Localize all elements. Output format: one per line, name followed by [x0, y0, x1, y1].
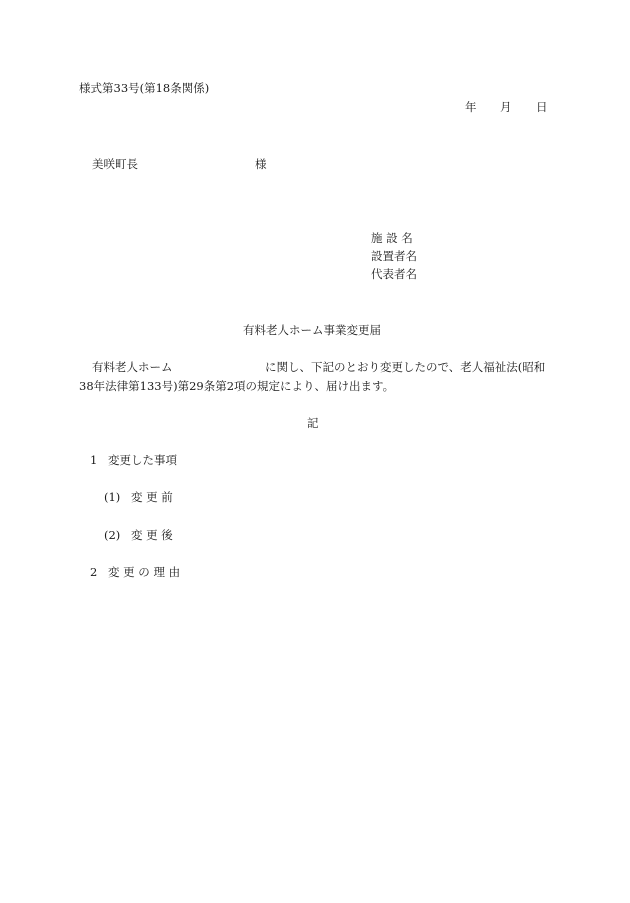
document-title: 有料老人ホーム事業変更届	[243, 323, 381, 337]
body-line1-prefix: 有料老人ホーム	[92, 360, 173, 374]
sub1-label: 変 更 前	[131, 490, 173, 504]
date-year: 年	[465, 100, 477, 114]
item1-number: 1	[90, 453, 97, 467]
representative-name-label: 代表者名	[371, 267, 417, 281]
ki-heading: 記	[307, 416, 319, 430]
sub2-number: (2)	[104, 528, 120, 542]
addressee-honorific: 様	[255, 157, 267, 171]
item2-number: 2	[90, 565, 97, 579]
date-month: 月	[500, 100, 512, 114]
body-line1-suffix: に関し、下記のとおり変更したので、老人福祉法(昭和	[265, 360, 545, 374]
sub2-label: 変 更 後	[131, 528, 173, 542]
date-day: 日	[536, 100, 548, 114]
item1-label: 変更した事項	[108, 453, 177, 467]
item2-label: 変 更 の 理 由	[108, 565, 180, 579]
facility-name-label: 施 設 名	[371, 231, 413, 245]
sub1-number: (1)	[104, 490, 120, 504]
form-number: 様式第33号(第18条関係)	[79, 81, 209, 95]
addressee-name: 美咲町長	[92, 157, 138, 171]
installer-name-label: 設置者名	[371, 249, 417, 263]
body-line2: 38年法律第133号)第29条第2項の規定により、届け出ます。	[79, 379, 394, 393]
